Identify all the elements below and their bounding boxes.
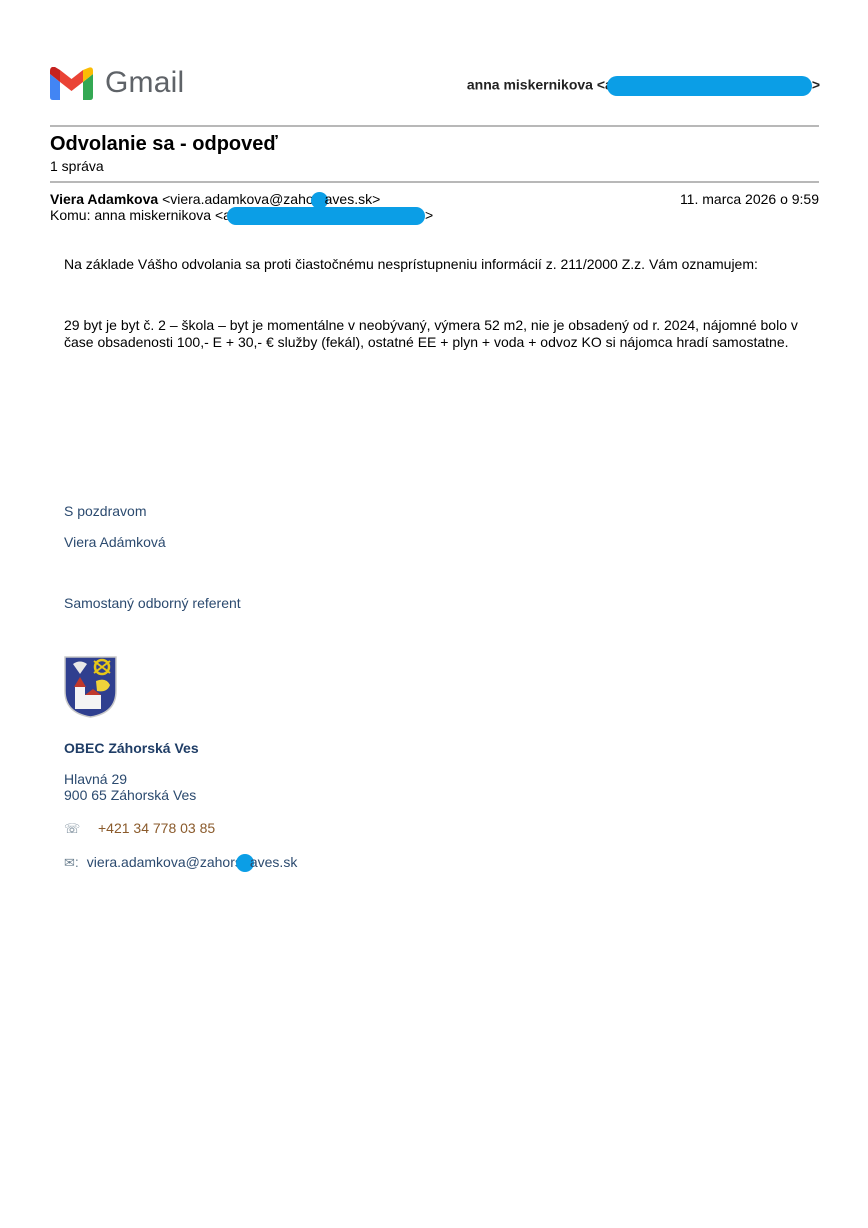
divider bbox=[50, 125, 819, 127]
gmail-logo: Gmail bbox=[50, 66, 184, 100]
signature-title: Samostaný odborný referent bbox=[64, 595, 241, 611]
signature-organization: OBEC Záhorská Ves bbox=[64, 740, 199, 756]
signature-email-row: ✉:viera.adamkova@zahorsaves.sk bbox=[64, 854, 297, 872]
message-date: 11. marca 2026 o 9:59 bbox=[680, 191, 819, 207]
email-icon: ✉ bbox=[64, 855, 75, 871]
recipient-line: Komu: anna miskernikova <a> bbox=[50, 207, 433, 225]
gmail-wordmark: Gmail bbox=[105, 66, 184, 100]
signature-phone-row: ☏+421 34 778 03 85 bbox=[64, 820, 215, 837]
redaction-mark bbox=[607, 76, 812, 96]
signature-email-link[interactable]: viera.adamkova@zahorsaves.sk bbox=[87, 854, 298, 870]
body-paragraph: 29 byt je byt č. 2 – škola – byt je mome… bbox=[64, 317, 824, 350]
body-paragraph: Na základe Vášho odvolania sa proti čias… bbox=[64, 256, 824, 273]
signature-address-line2: 900 65 Záhorská Ves bbox=[64, 787, 196, 803]
signature-name: Viera Adámková bbox=[64, 534, 166, 550]
thread-subject: Odvolanie sa - odpoveď bbox=[50, 133, 278, 156]
signature-phone[interactable]: +421 34 778 03 85 bbox=[98, 820, 215, 836]
gmail-m-icon bbox=[50, 67, 93, 100]
redaction-mark bbox=[227, 207, 425, 225]
message-count: 1 správa bbox=[50, 158, 104, 174]
phone-icon: ☏ bbox=[64, 821, 98, 837]
sender-name: Viera Adamkova bbox=[50, 191, 158, 207]
divider bbox=[50, 181, 819, 183]
signature-address-line1: Hlavná 29 bbox=[64, 771, 127, 787]
account-label: anna miskernikova <a> bbox=[467, 76, 820, 96]
coat-of-arms-icon bbox=[63, 655, 118, 718]
signature-greeting: S pozdravom bbox=[64, 503, 146, 519]
